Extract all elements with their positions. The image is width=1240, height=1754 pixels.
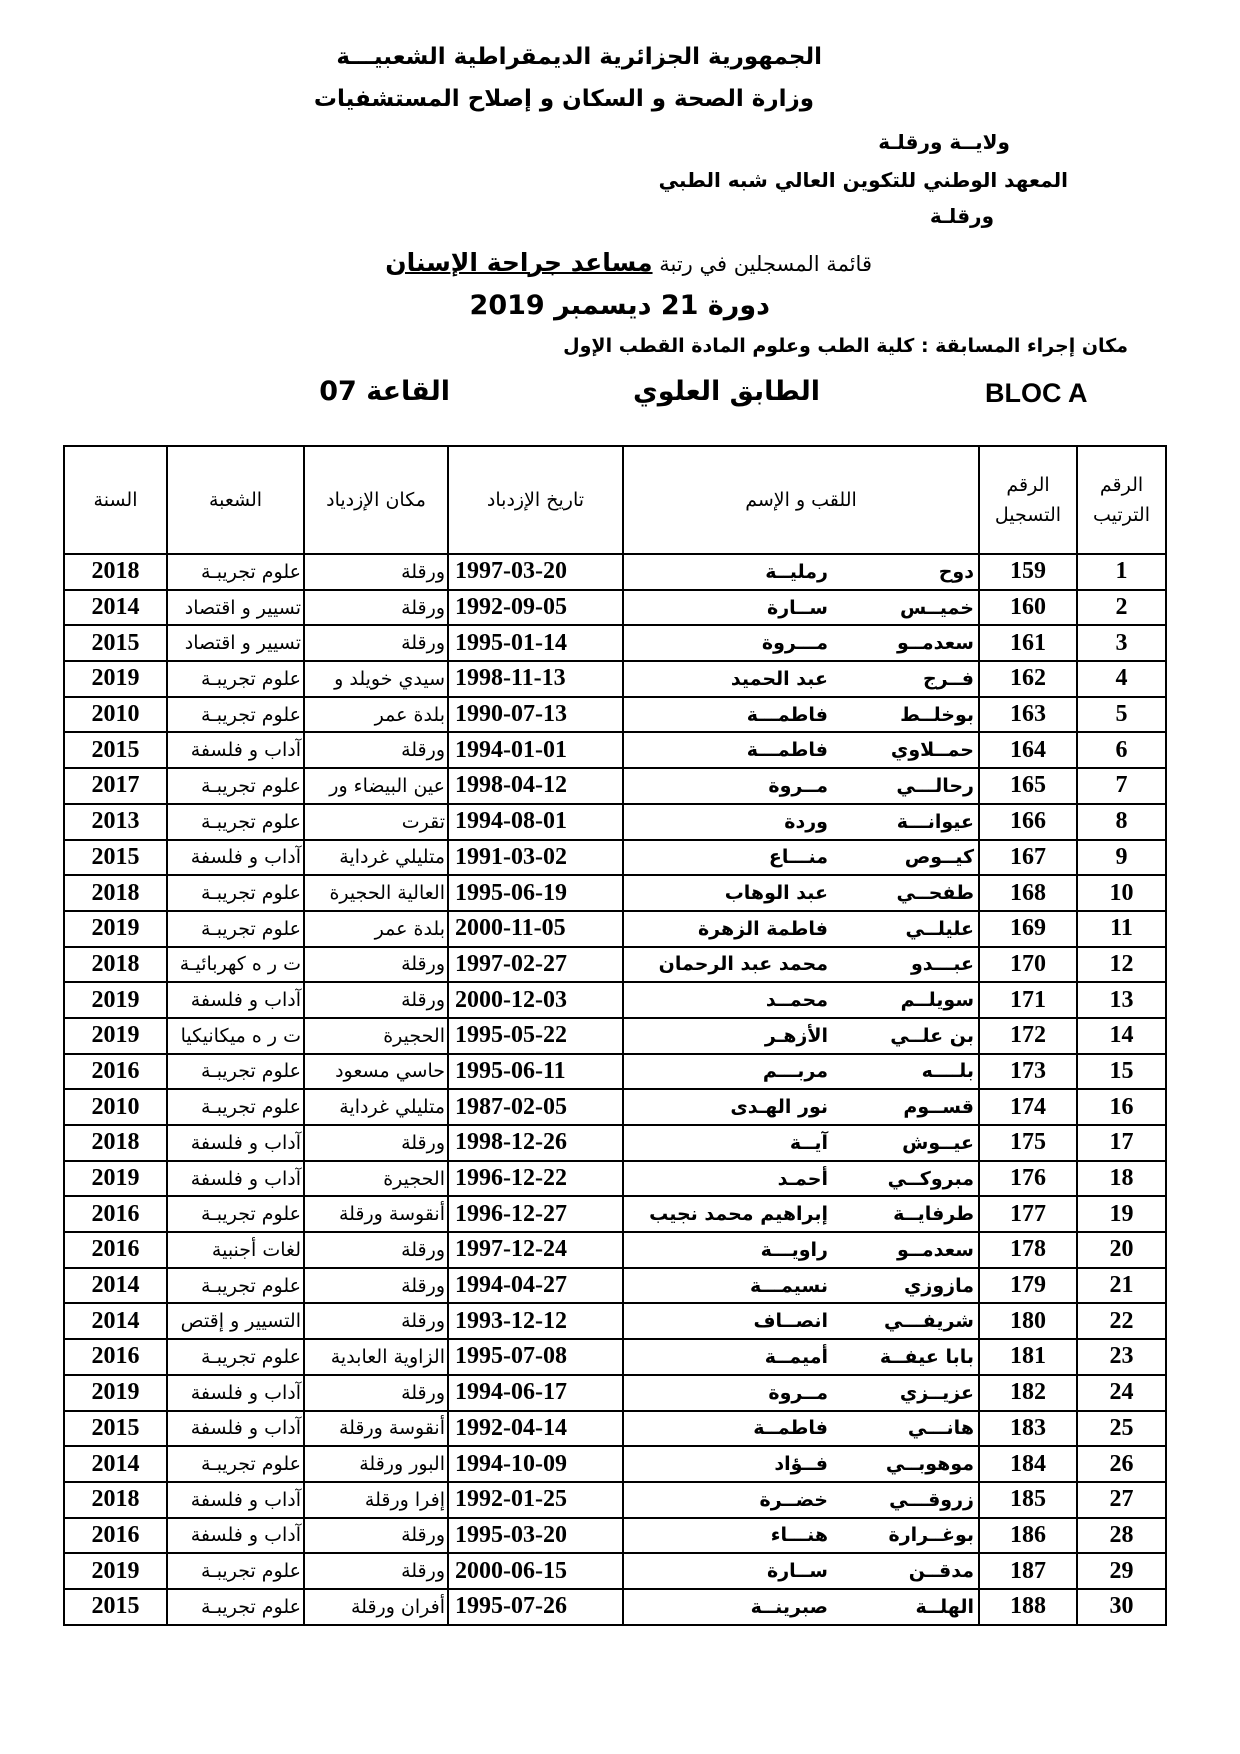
branch: آداب و فلسفة [167,1482,304,1518]
surname: سعدمــو [897,1239,974,1261]
year: 2013 [64,804,167,840]
full-name: دوحرمليــة [623,554,979,590]
full-name: بن علــيالأزهـر [623,1018,979,1054]
branch: علوم تجريبـة [167,697,304,733]
birth-place: أفران ورقلة [304,1589,448,1625]
registration-number: 162 [979,661,1077,697]
birth-place: تقرت [304,804,448,840]
registration-number: 180 [979,1303,1077,1339]
surname: رحالـــي [896,775,974,797]
table-row: 24182عزيــزيمــروة1994-06-17ورقلةآداب و … [64,1375,1166,1411]
registration-number: 173 [979,1054,1077,1090]
birth-date: 1996-12-22 [448,1161,623,1197]
col-branch: الشعبة [167,446,304,554]
registration-number: 163 [979,697,1077,733]
given-name: رمليــة [765,561,828,583]
full-name: عزيــزيمــروة [623,1375,979,1411]
order-number: 17 [1077,1125,1166,1161]
birth-date: 1993-12-12 [448,1303,623,1339]
order-number: 23 [1077,1339,1166,1375]
birth-date: 1995-05-22 [448,1018,623,1054]
full-name: بوخلــطفاطمـــة [623,697,979,733]
branch: لغات أجنبية [167,1232,304,1268]
full-name: عبـــدومحمد عبد الرحمان [623,947,979,983]
birth-place: أنقوسة ورقلة [304,1196,448,1232]
birth-place: ورقلة [304,1232,448,1268]
branch: التسيير و إقتص [167,1303,304,1339]
order-number: 26 [1077,1446,1166,1482]
given-name: عبد الحميد [731,668,828,690]
col-birth-place: مكان الإزدياد [304,446,448,554]
given-name: خضــرة [760,1489,828,1511]
surname: قســوم [903,1096,974,1118]
table-row: 10168طفحــيعبد الوهاب1995-06-19العالية ا… [64,875,1166,911]
table-row: 11169عليلــيفاطمة الزهرة2000-11-05بلدة ع… [64,911,1166,947]
institute-name: المعهد الوطني للتكوين العالي شبه الطبي [659,168,1068,192]
branch: علوم تجريبـة [167,804,304,840]
registration-number: 159 [979,554,1077,590]
given-name: راويـــة [761,1239,828,1261]
order-number: 8 [1077,804,1166,840]
table-row: 27185زروقـــيخضــرة1992-01-25إفرا ورقلةآ… [64,1482,1166,1518]
col-birth-date: تاريخ الإزدباد [448,446,623,554]
registration-number: 172 [979,1018,1077,1054]
registration-number: 167 [979,840,1077,876]
birth-date: 1995-06-19 [448,875,623,911]
birth-date: 1994-06-17 [448,1375,623,1411]
given-name: فاطمــة [753,1417,828,1439]
year: 2015 [64,1411,167,1447]
registration-number: 186 [979,1518,1077,1554]
col-name: اللقب و الإسم [623,446,979,554]
order-number: 14 [1077,1018,1166,1054]
birth-date: 1992-01-25 [448,1482,623,1518]
registration-number: 185 [979,1482,1077,1518]
year: 2018 [64,1482,167,1518]
table-row: 6164حمــلاويفاطمـــة1994-01-01ورقلةآداب … [64,732,1166,768]
branch: ت ر ه كهربائيـة [167,947,304,983]
surname: فــرج [923,668,974,690]
registration-number: 164 [979,732,1077,768]
year: 2019 [64,661,167,697]
full-name: عيوانـــةوردة [623,804,979,840]
table-row: 23181بابا عيفــةأميمــة1995-07-08الزاوية… [64,1339,1166,1375]
birth-place: سيدي خويلد و [304,661,448,697]
order-number: 20 [1077,1232,1166,1268]
given-name: الأزهـر [765,1025,828,1047]
order-number: 2 [1077,590,1166,626]
table-row: 26184موهوبــيفــؤاد1994-10-09البور ورقلة… [64,1446,1166,1482]
birth-place: أنقوسة ورقلة [304,1411,448,1447]
table-row: 19177طرفايــةإبراهيم محمد نجيب1996-12-27… [64,1196,1166,1232]
birth-place: بلدة عمر [304,911,448,947]
given-name: أحمـد [778,1168,828,1190]
full-name: هانـــيفاطمــة [623,1411,979,1447]
registration-number: 171 [979,982,1077,1018]
full-name: شريفـــيانصــاف [623,1303,979,1339]
table-row: 30188الهلــةصبرينــة1995-07-26أفران ورقل… [64,1589,1166,1625]
table-row: 4162فــرجعبد الحميد1998-11-13سيدي خويلد … [64,661,1166,697]
surname: موهوبــي [886,1453,974,1475]
birth-place: الحجيرة [304,1161,448,1197]
full-name: كيــوصمنـــاع [623,840,979,876]
title-rank: مساعد جراحة الإسنان [385,248,652,277]
year: 2017 [64,768,167,804]
surname: كيــوص [905,846,974,868]
year: 2019 [64,1018,167,1054]
registration-number: 178 [979,1232,1077,1268]
birth-place: ورقلة [304,1268,448,1304]
birth-place: ورقلة [304,554,448,590]
registration-number: 161 [979,625,1077,661]
table-row: 14172بن علــيالأزهـر1995-05-22الحجيرةت ر… [64,1018,1166,1054]
year: 2018 [64,947,167,983]
year: 2015 [64,625,167,661]
birth-date: 1995-06-11 [448,1054,623,1090]
full-name: فــرجعبد الحميد [623,661,979,697]
table-header-row: الرقم الترتيب الرقم التسجيل اللقب و الإس… [64,446,1166,554]
year: 2018 [64,554,167,590]
birth-date: 1994-10-09 [448,1446,623,1482]
birth-place: ورقلة [304,590,448,626]
table-row: 17175عيــوشآيــة1998-12-26ورقلةآداب و فل… [64,1125,1166,1161]
given-name: عبد الوهاب [725,882,828,904]
registration-number: 177 [979,1196,1077,1232]
registration-number: 160 [979,590,1077,626]
given-name: مــروة [768,1382,828,1404]
full-name: طرفايــةإبراهيم محمد نجيب [623,1196,979,1232]
branch: علوم تجريبـة [167,768,304,804]
registration-number: 170 [979,947,1077,983]
registration-number: 176 [979,1161,1077,1197]
birth-date: 2000-06-15 [448,1553,623,1589]
given-name: هنـــاء [771,1524,828,1546]
order-number: 7 [1077,768,1166,804]
table-row: 1159دوحرمليــة1997-03-20ورقلةعلوم تجريبـ… [64,554,1166,590]
branch: آداب و فلسفة [167,1161,304,1197]
birth-place: البور ورقلة [304,1446,448,1482]
birth-date: 2000-12-03 [448,982,623,1018]
surname: حمــلاوي [891,739,974,761]
birth-place: ورقلة [304,1303,448,1339]
surname: بوغــرارة [889,1524,975,1546]
surname: مازوزي [904,1275,974,1297]
order-number: 11 [1077,911,1166,947]
given-name: محمــد [766,989,828,1011]
branch: علوم تجريبـة [167,1589,304,1625]
given-name: نور الهـدى [730,1096,828,1118]
birth-date: 1990-07-13 [448,697,623,733]
birth-place: بلدة عمر [304,697,448,733]
birth-date: 1995-07-26 [448,1589,623,1625]
branch: علوم تجريبـة [167,911,304,947]
order-number: 13 [1077,982,1166,1018]
order-number: 29 [1077,1553,1166,1589]
surname: عيــوش [902,1132,974,1154]
birth-place: متليلي غرداية [304,1089,448,1125]
wilaya-name: ولايــة ورقلـة [878,130,1010,154]
year: 2014 [64,1268,167,1304]
year: 2014 [64,590,167,626]
table-row: 9167كيــوصمنـــاع1991-03-02متليلي غرداية… [64,840,1166,876]
table-row: 16174قســومنور الهـدى1987-02-05متليلي غر… [64,1089,1166,1125]
order-number: 19 [1077,1196,1166,1232]
registration-number: 168 [979,875,1077,911]
birth-date: 2000-11-05 [448,911,623,947]
birth-place: ورقلة [304,732,448,768]
surname: سويلــم [901,989,974,1011]
surname: خميــس [900,597,974,619]
given-name: إبراهيم محمد نجيب [649,1203,828,1225]
order-number: 30 [1077,1589,1166,1625]
institute-city: ورقلـة [930,204,994,228]
branch: علوم تجريبـة [167,1553,304,1589]
full-name: مبروكــيأحمـد [623,1161,979,1197]
table-row: 28186بوغــرارةهنـــاء1995-03-20ورقلةآداب… [64,1518,1166,1554]
registration-number: 165 [979,768,1077,804]
year: 2016 [64,1054,167,1090]
order-number: 1 [1077,554,1166,590]
registration-number: 187 [979,1553,1077,1589]
full-name: مدقــنســارة [623,1553,979,1589]
birth-place: الزاوية العابدية [304,1339,448,1375]
table-row: 2160خميــسســارة1992-09-05ورقلةتسيير و ا… [64,590,1166,626]
order-number: 12 [1077,947,1166,983]
surname: عيوانـــة [897,811,974,833]
surname: دوح [939,561,974,583]
year: 2010 [64,1089,167,1125]
title-prefix: قائمة المسجلين في رتبة [653,252,872,276]
given-name: فاطمـــة [747,739,828,761]
birth-place: إفرا ورقلة [304,1482,448,1518]
birth-date: 1992-09-05 [448,590,623,626]
floor-label: الطابق العلوي [633,376,820,407]
surname: عبـــدو [911,953,974,975]
table-row: 7165رحالـــيمــروة1998-04-12عين البيضاء … [64,768,1166,804]
order-number: 5 [1077,697,1166,733]
birth-date: 1997-12-24 [448,1232,623,1268]
surname: طفحــي [897,882,974,904]
given-name: نسيمـــة [750,1275,828,1297]
year: 2019 [64,1161,167,1197]
full-name: بوغــرارةهنـــاء [623,1518,979,1554]
branch: آداب و فلسفة [167,1375,304,1411]
full-name: سعدمــومـــروة [623,625,979,661]
year: 2016 [64,1196,167,1232]
registration-number: 179 [979,1268,1077,1304]
col-order: الرقم الترتيب [1077,446,1166,554]
birth-date: 1998-12-26 [448,1125,623,1161]
table-row: 18176مبروكــيأحمـد1996-12-22الحجيرةآداب … [64,1161,1166,1197]
registration-number: 169 [979,911,1077,947]
given-name: ســارة [767,597,828,619]
full-name: خميــسســارة [623,590,979,626]
registration-number: 174 [979,1089,1077,1125]
birth-place: عين البيضاء ور [304,768,448,804]
full-name: سعدمــوراويـــة [623,1232,979,1268]
order-number: 3 [1077,625,1166,661]
order-number: 9 [1077,840,1166,876]
birth-date: 1997-03-20 [448,554,623,590]
order-number: 24 [1077,1375,1166,1411]
table-row: 22180شريفـــيانصــاف1993-12-12ورقلةالتسي… [64,1303,1166,1339]
branch: تسيير و اقتصاد [167,590,304,626]
birth-date: 1994-04-27 [448,1268,623,1304]
birth-date: 1996-12-27 [448,1196,623,1232]
surname: مدقــن [909,1560,974,1582]
full-name: عليلــيفاطمة الزهرة [623,911,979,947]
table-row: 21179مازوزينسيمـــة1994-04-27ورقلةعلوم ت… [64,1268,1166,1304]
order-number: 25 [1077,1411,1166,1447]
surname: الهلــة [916,1596,974,1618]
surname: بلــــه [922,1060,974,1082]
room-label: القاعة 07 [319,376,450,407]
birth-date: 1991-03-02 [448,840,623,876]
year: 2016 [64,1232,167,1268]
full-name: زروقـــيخضــرة [623,1482,979,1518]
registration-number: 184 [979,1446,1077,1482]
branch: علوم تجريبـة [167,661,304,697]
given-name: فاطمـــة [747,704,828,726]
branch: علوم تجريبـة [167,1196,304,1232]
order-number: 22 [1077,1303,1166,1339]
exam-place: مكان إجراء المسابقة : كلية الطب وعلوم ال… [563,335,1128,357]
birth-date: 1998-04-12 [448,768,623,804]
registration-number: 166 [979,804,1077,840]
document-title: قائمة المسجلين في رتبة مساعد جراحة الإسن… [385,248,872,277]
candidates-table: الرقم الترتيب الرقم التسجيل اللقب و الإس… [63,445,1167,1626]
surname: بن علــي [890,1025,974,1047]
surname: عزيــزي [900,1382,974,1404]
birth-place: ورقلة [304,1125,448,1161]
order-number: 15 [1077,1054,1166,1090]
surname: طرفايــة [893,1203,974,1225]
year: 2019 [64,1553,167,1589]
year: 2015 [64,732,167,768]
year: 2015 [64,840,167,876]
branch: علوم تجريبـة [167,1054,304,1090]
order-number: 16 [1077,1089,1166,1125]
full-name: قســومنور الهـدى [623,1089,979,1125]
table-row: 5163بوخلــطفاطمـــة1990-07-13بلدة عمرعلو… [64,697,1166,733]
given-name: فــؤاد [774,1453,828,1475]
col-registration: الرقم التسجيل [979,446,1077,554]
given-name: منـــاع [769,846,828,868]
birth-place: ورقلة [304,625,448,661]
given-name: مربـــم [763,1060,828,1082]
year: 2019 [64,1375,167,1411]
table-row: 8166عيوانـــةوردة1994-08-01تقرتعلوم تجري… [64,804,1166,840]
order-number: 4 [1077,661,1166,697]
full-name: بلــــهمربـــم [623,1054,979,1090]
table-row: 29187مدقــنســارة2000-06-15ورقلةعلوم تجر… [64,1553,1166,1589]
given-name: صبرينــة [751,1596,828,1618]
year: 2018 [64,875,167,911]
birth-place: العالية الحجيرة [304,875,448,911]
year: 2010 [64,697,167,733]
year: 2015 [64,1589,167,1625]
given-name: ســارة [767,1560,828,1582]
year: 2019 [64,982,167,1018]
surname: زروقـــي [889,1489,974,1511]
full-name: سويلــممحمــد [623,982,979,1018]
year: 2014 [64,1446,167,1482]
year: 2016 [64,1339,167,1375]
branch: علوم تجريبـة [167,1089,304,1125]
session-date: دورة 21 ديسمبر 2019 [470,290,770,321]
birth-place: حاسي مسعود [304,1054,448,1090]
full-name: عيــوشآيــة [623,1125,979,1161]
order-number: 21 [1077,1268,1166,1304]
year: 2014 [64,1303,167,1339]
given-name: مـــروة [762,632,828,654]
branch: آداب و فلسفة [167,1411,304,1447]
registration-number: 183 [979,1411,1077,1447]
birth-place: ورقلة [304,1553,448,1589]
given-name: محمد عبد الرحمان [659,953,828,975]
branch: آداب و فلسفة [167,1125,304,1161]
given-name: آيــة [790,1132,828,1154]
full-name: موهوبــيفــؤاد [623,1446,979,1482]
order-number: 10 [1077,875,1166,911]
given-name: أميمــة [765,1346,828,1368]
branch: علوم تجريبـة [167,1339,304,1375]
birth-place: متليلي غرداية [304,840,448,876]
surname: بوخلــط [900,704,974,726]
full-name: بابا عيفــةأميمــة [623,1339,979,1375]
branch: علوم تجريبـة [167,554,304,590]
birth-date: 1992-04-14 [448,1411,623,1447]
full-name: حمــلاويفاطمـــة [623,732,979,768]
ministry-name: وزارة الصحة و السكان و إصلاح المستشفيات [314,86,814,112]
order-number: 27 [1077,1482,1166,1518]
table-row: 25183هانـــيفاطمــة1992-04-14أنقوسة ورقل… [64,1411,1166,1447]
birth-date: 1987-02-05 [448,1089,623,1125]
table-row: 12170عبـــدومحمد عبد الرحمان1997-02-27ور… [64,947,1166,983]
branch: ت ر ه ميكانيكيا [167,1018,304,1054]
table-row: 20178سعدمــوراويـــة1997-12-24ورقلةلغات … [64,1232,1166,1268]
surname: بابا عيفــة [880,1346,974,1368]
birth-date: 1997-02-27 [448,947,623,983]
birth-date: 1995-03-20 [448,1518,623,1554]
order-number: 6 [1077,732,1166,768]
surname: سعدمــو [897,632,974,654]
order-number: 18 [1077,1161,1166,1197]
full-name: الهلــةصبرينــة [623,1589,979,1625]
year: 2018 [64,1125,167,1161]
registration-number: 175 [979,1125,1077,1161]
branch: تسيير و اقتصاد [167,625,304,661]
surname: هانـــي [908,1417,974,1439]
year: 2016 [64,1518,167,1554]
birth-date: 1994-01-01 [448,732,623,768]
given-name: وردة [784,811,828,833]
bloc-label: BLOC A [985,378,1088,409]
year: 2019 [64,911,167,947]
branch: علوم تجريبـة [167,1446,304,1482]
branch: علوم تجريبـة [167,1268,304,1304]
branch: علوم تجريبـة [167,875,304,911]
birth-place: ورقلة [304,1375,448,1411]
birth-date: 1998-11-13 [448,661,623,697]
registration-number: 188 [979,1589,1077,1625]
branch: آداب و فلسفة [167,732,304,768]
birth-date: 1995-01-14 [448,625,623,661]
table-row: 3161سعدمــومـــروة1995-01-14ورقلةتسيير و… [64,625,1166,661]
birth-date: 1995-07-08 [448,1339,623,1375]
birth-date: 1994-08-01 [448,804,623,840]
birth-place: الحجيرة [304,1018,448,1054]
